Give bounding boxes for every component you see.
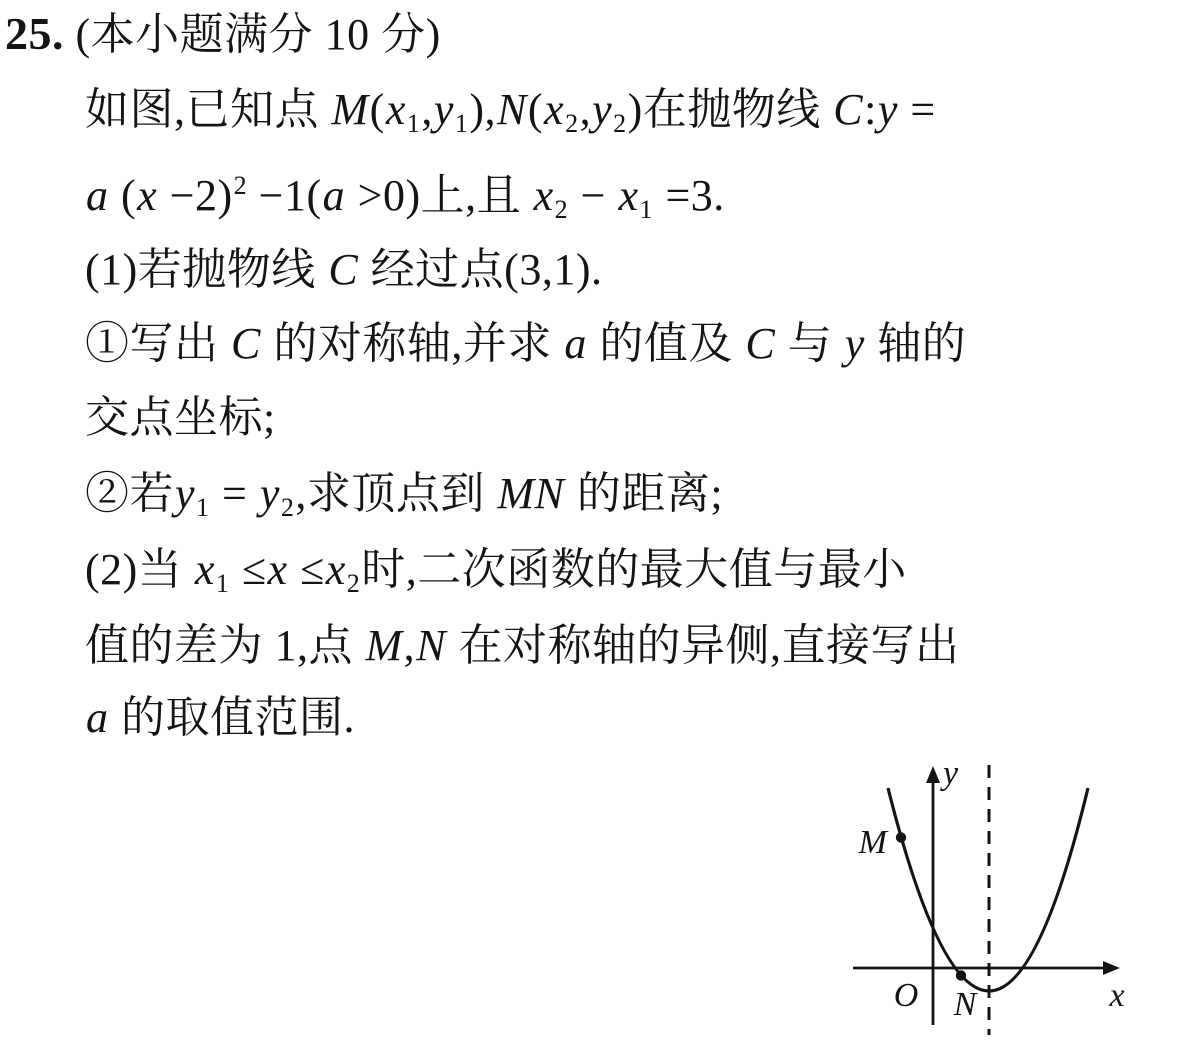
text-segment: ②若	[85, 469, 174, 518]
text-segment: ,	[421, 85, 433, 134]
text-segment: y	[259, 469, 281, 518]
text-segment: 交点坐标;	[85, 393, 276, 442]
point-n-dot	[956, 970, 966, 980]
text-segment: M	[365, 621, 404, 670]
text-segment: x	[543, 85, 565, 134]
text-segment: >0)上,且	[346, 171, 532, 220]
problem-line-1: 25. (本小题满分 10 分)	[5, 6, 441, 63]
text-segment: (1)若抛物线	[85, 245, 327, 294]
text-segment: MN	[496, 469, 565, 518]
text-segment: 轴的	[866, 319, 967, 368]
text-segment: (	[528, 85, 543, 134]
text-segment: a	[85, 171, 110, 220]
text-segment: C	[832, 85, 864, 134]
text-segment: 的距离;	[565, 469, 723, 518]
text-segment: C	[744, 319, 776, 368]
exam-page: 25. (本小题满分 10 分)如图,已知点 M(x1,y1),N(x2,y2)…	[0, 0, 1200, 1040]
point-m-dot	[896, 832, 906, 842]
text-segment: x	[617, 171, 639, 220]
text-segment: 与	[776, 319, 844, 368]
text-segment: 1	[407, 109, 422, 138]
y-axis-arrow-icon	[926, 766, 940, 783]
text-segment: N	[496, 85, 528, 134]
text-segment: y	[174, 469, 196, 518]
text-segment: ①写出	[85, 319, 230, 368]
problem-line-2: 如图,已知点 M(x1,y1),N(x2,y2)在抛物线 C:y =	[85, 82, 936, 152]
problem-line-4: (1)若抛物线 C 经过点(3,1).	[85, 242, 602, 298]
text-segment: −	[569, 171, 617, 220]
text-segment: ≤	[289, 545, 325, 594]
text-segment: (	[370, 85, 385, 134]
problem-line-3: a (x −2)2 −1(a >0)上,且 x2 − x1 =3.	[85, 158, 725, 238]
problem-line-5: ①写出 C 的对称轴,并求 a 的值及 C 与 y 轴的	[85, 316, 966, 372]
text-segment: −2)	[158, 171, 232, 220]
text-segment: 25.	[5, 8, 64, 59]
text-segment: a	[322, 171, 347, 220]
text-segment: 的对称轴,并求	[262, 319, 564, 368]
text-segment: ),	[469, 85, 496, 134]
text-segment: M	[331, 85, 370, 134]
text-segment: (2)当	[85, 545, 194, 594]
text-segment: x	[325, 545, 347, 594]
text-segment: ≤	[230, 545, 266, 594]
problem-line-9: 值的差为 1,点 M,N 在对称轴的异侧,直接写出	[85, 618, 960, 674]
text-segment: 2	[281, 493, 296, 522]
y-axis-label: y	[940, 755, 959, 792]
text-segment: −1(	[247, 171, 321, 220]
text-segment: C	[327, 245, 359, 294]
text-segment: 1	[196, 493, 211, 522]
text-segment: y	[844, 319, 866, 368]
text-segment: =	[899, 85, 936, 134]
text-segment: 2	[233, 171, 248, 200]
text-segment: 2	[347, 569, 362, 598]
text-segment: =3.	[654, 171, 725, 220]
text-segment: C	[230, 319, 262, 368]
text-segment: a	[85, 693, 110, 742]
text-segment: 1	[639, 195, 654, 224]
text-segment: 2	[555, 195, 570, 224]
text-segment: y	[591, 85, 613, 134]
text-segment: x	[385, 85, 407, 134]
text-segment: 1	[455, 109, 470, 138]
text-segment: x	[267, 545, 289, 594]
text-segment: 2	[565, 109, 580, 138]
problem-line-7: ②若y1 = y2,求顶点到 MN 的距离;	[85, 466, 723, 536]
problem-line-10: a 的取值范围.	[85, 690, 355, 746]
text-segment: N	[415, 621, 447, 670]
text-segment: (	[110, 171, 137, 220]
text-segment: )在抛物线	[628, 85, 833, 134]
text-segment: ,	[404, 621, 416, 670]
problem-line-6: 交点坐标;	[85, 390, 276, 446]
parabola-figure: M N O x y	[820, 753, 1160, 1040]
text-segment: 的值及	[588, 319, 745, 368]
point-n-label: N	[953, 986, 979, 1023]
text-segment: x	[136, 171, 158, 220]
point-m-label: M	[858, 824, 889, 861]
x-axis-arrow-icon	[1103, 961, 1120, 975]
text-segment: x	[533, 171, 555, 220]
text-segment: a	[563, 319, 588, 368]
x-axis-label: x	[1108, 977, 1124, 1014]
text-segment: y	[433, 85, 455, 134]
text-segment: 的取值范围.	[110, 693, 356, 742]
text-segment: :	[864, 85, 877, 134]
text-segment: (本小题满分 10 分)	[64, 10, 441, 59]
text-segment: 值的差为 1,点	[85, 621, 365, 670]
problem-line-8: (2)当 x1 ≤x ≤x2时,二次函数的最大值与最小	[85, 542, 907, 612]
text-segment: 1	[216, 569, 231, 598]
text-segment: y	[877, 85, 899, 134]
origin-label: O	[894, 977, 919, 1014]
text-segment: 时,二次函数的最大值与最小	[361, 545, 907, 594]
text-segment: 经过点(3,1).	[359, 245, 602, 294]
text-segment: ,	[580, 85, 592, 134]
text-segment: =	[211, 469, 259, 518]
text-segment: ,求顶点到	[295, 469, 496, 518]
text-segment: 2	[613, 109, 628, 138]
text-segment: 如图,已知点	[85, 85, 331, 134]
text-segment: 在对称轴的异侧,直接写出	[447, 621, 960, 670]
text-segment: x	[194, 545, 216, 594]
